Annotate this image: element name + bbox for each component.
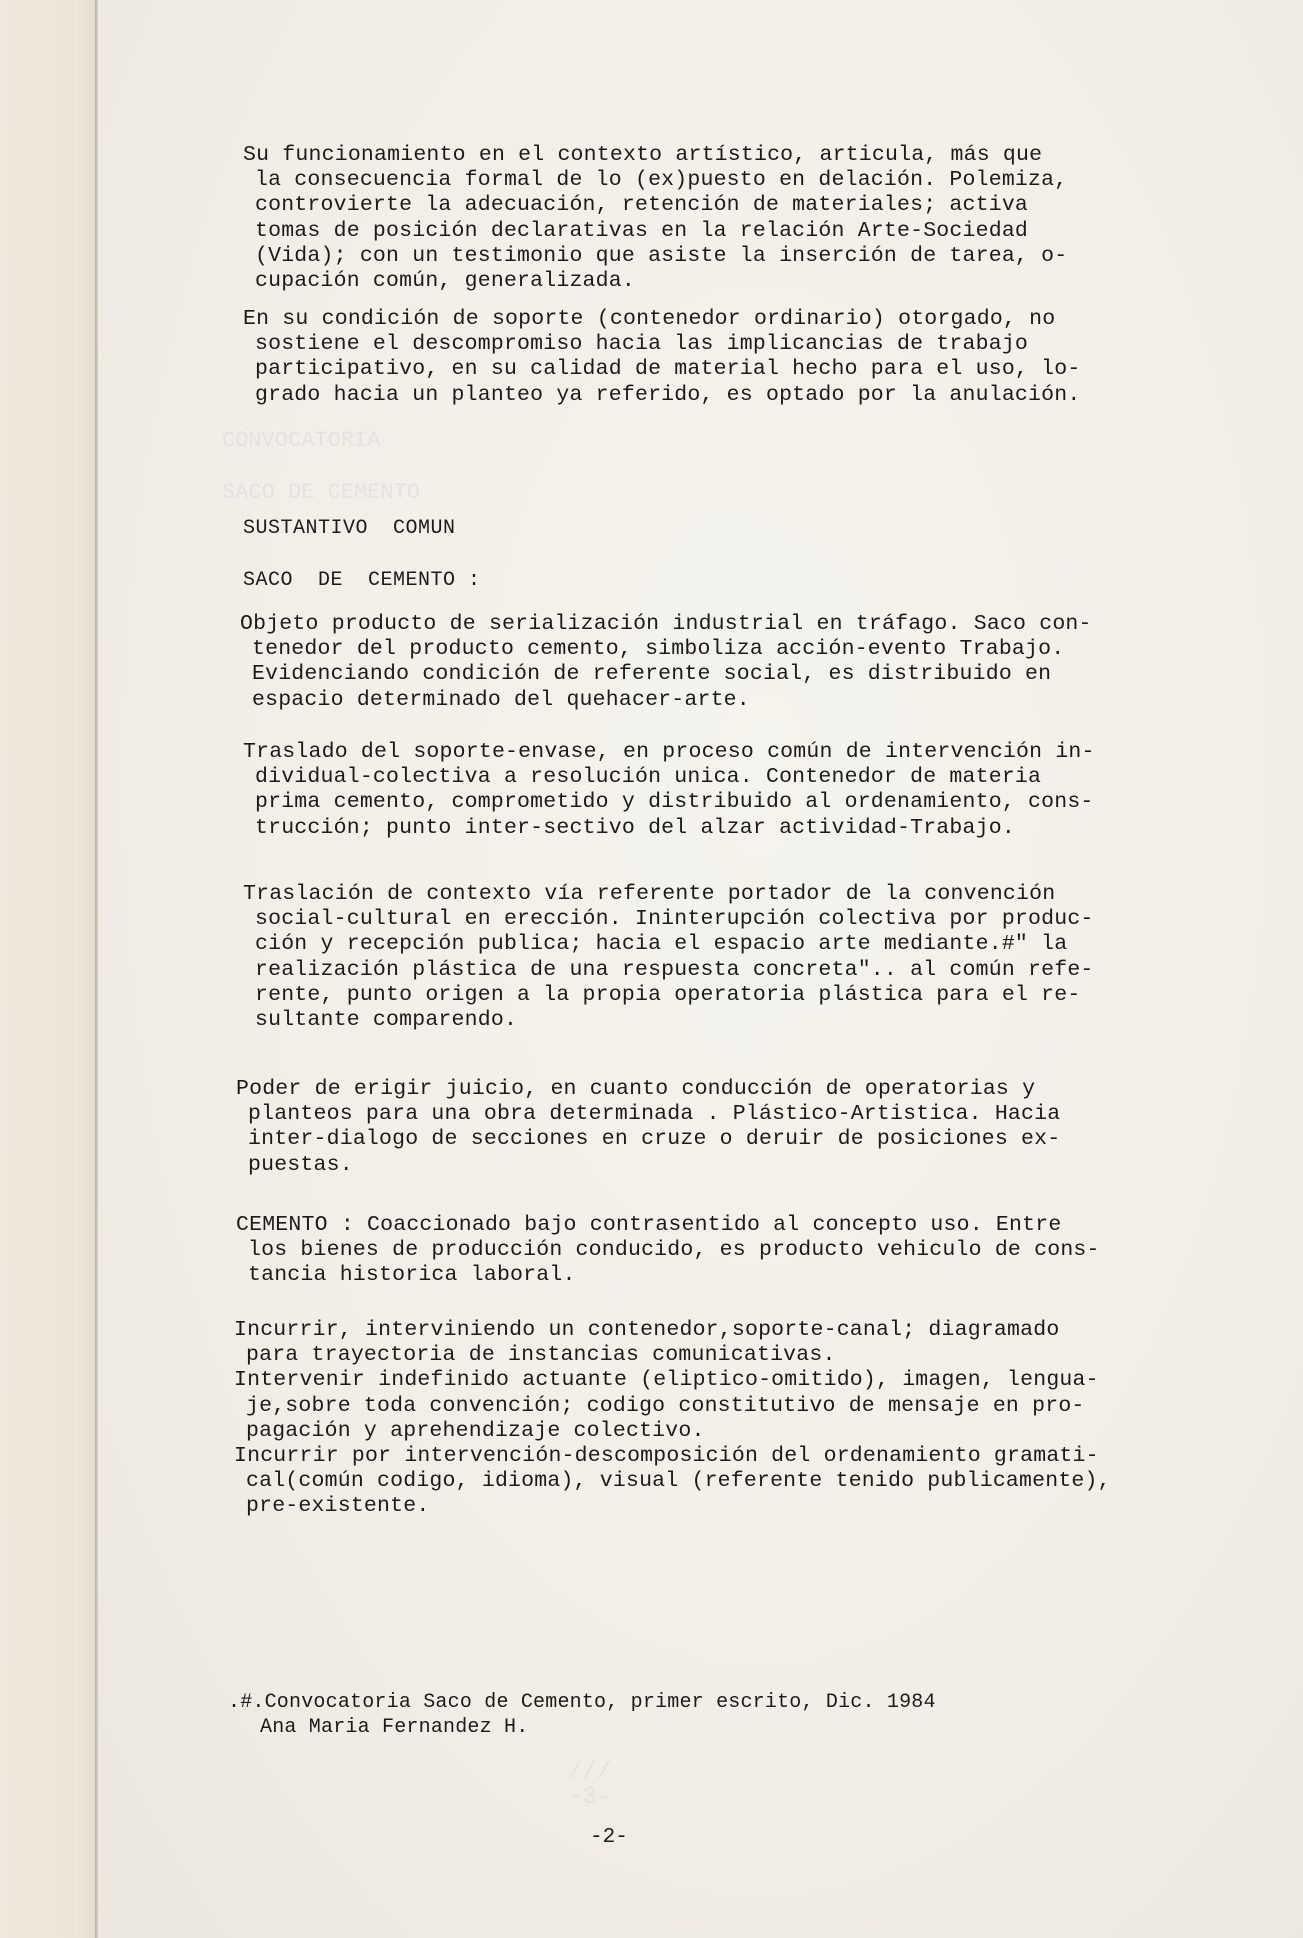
page-number: -2- xyxy=(590,1826,628,1849)
paragraph-3: Objeto producto de serialización industr… xyxy=(240,612,1240,713)
text-line: controvierte la adecuación, retención de… xyxy=(243,193,1243,218)
text-line: pre-existente. xyxy=(234,1494,1234,1519)
heading-saco-de-cemento: SACO DE CEMENTO : xyxy=(243,568,1243,593)
text-line: pagación y aprehendizaje colectivo. xyxy=(234,1419,1234,1444)
text-line: espacio determinado del quehacer-arte. xyxy=(240,688,1240,713)
text-line: los bienes de producción conducido, es p… xyxy=(236,1238,1236,1263)
paragraph-2: En su condición de soporte (contenedor o… xyxy=(243,307,1243,408)
text-line: Evidenciando condición de referente soci… xyxy=(240,662,1240,687)
text-line: rente, punto origen a la propia operator… xyxy=(243,983,1243,1008)
section-heading: SUSTANTIVO COMUN xyxy=(243,516,1243,541)
footnote-citation: .#.Convocatoria Saco de Cemento, primer … xyxy=(228,1690,1228,1715)
text-line: ción y recepción publica; hacia el espac… xyxy=(243,932,1243,957)
text-line: sultante comparendo. xyxy=(243,1008,1243,1033)
footnote: .#.Convocatoria Saco de Cemento, primer … xyxy=(228,1690,1228,1740)
text-line: Intervenir indefinido actuante (eliptico… xyxy=(234,1368,1234,1393)
text-line: prima cemento, comprometido y distribuid… xyxy=(243,790,1243,815)
text-line: grado hacia un planteo ya referido, es o… xyxy=(243,383,1243,408)
paragraph-5: Traslación de contexto vía referente por… xyxy=(243,882,1243,1033)
text-line: En su condición de soporte (contenedor o… xyxy=(243,307,1243,332)
text-line: planteos para una obra determinada . Plá… xyxy=(236,1102,1236,1127)
text-line: social-cultural en erección. Ininterupci… xyxy=(243,907,1243,932)
text-line: cal(común codigo, idioma), visual (refer… xyxy=(234,1469,1234,1494)
text-line: Objeto producto de serialización industr… xyxy=(240,612,1240,637)
text-line: (Vida); con un testimonio que asiste la … xyxy=(243,244,1243,269)
text-line: Traslado del soporte-envase, en proceso … xyxy=(243,740,1243,765)
text-line: je,sobre toda convención; codigo constit… xyxy=(234,1394,1234,1419)
heading-sustantivo-comun: SUSTANTIVO COMUN xyxy=(243,516,1243,541)
paragraph-6: Poder de erigir juicio, en cuanto conduc… xyxy=(236,1077,1236,1178)
text-line: Incurrir por intervención-descomposición… xyxy=(234,1444,1234,1469)
paragraph-7: CEMENTO : Coaccionado bajo contrasentido… xyxy=(236,1213,1236,1289)
text-line: participativo, en su calidad de material… xyxy=(243,357,1243,382)
text-line: tenedor del producto cemento, simboliza … xyxy=(240,637,1240,662)
text-line: sostiene el descompromiso hacia las impl… xyxy=(243,332,1243,357)
text-line: inter-dialogo de secciones en cruze o de… xyxy=(236,1127,1236,1152)
text-line: CEMENTO : Coaccionado bajo contrasentido… xyxy=(236,1213,1236,1238)
text-line: trucción; punto inter-sectivo del alzar … xyxy=(243,816,1243,841)
text-line: cupación común, generalizada. xyxy=(243,269,1243,294)
text-line: Su funcionamiento en el contexto artísti… xyxy=(243,143,1243,168)
footnote-author: Ana Maria Fernandez H. xyxy=(228,1715,1228,1740)
sub-heading: SACO DE CEMENTO : xyxy=(243,568,1243,593)
text-line: Traslación de contexto vía referente por… xyxy=(243,882,1243,907)
text-line: tomas de posición declarativas en la rel… xyxy=(243,219,1243,244)
text-line: dividual-colectiva a resolución unica. C… xyxy=(243,765,1243,790)
text-line: puestas. xyxy=(236,1153,1236,1178)
text-line: realización plástica de una respuesta co… xyxy=(243,958,1243,983)
text-line: la consecuencia formal de lo (ex)puesto … xyxy=(243,168,1243,193)
text-line: para trayectoria de instancias comunicat… xyxy=(234,1343,1234,1368)
text-line: tancia historica laboral. xyxy=(236,1263,1236,1288)
paragraph-8: Incurrir, interviniendo un contenedor,so… xyxy=(234,1318,1234,1520)
paragraph-4: Traslado del soporte-envase, en proceso … xyxy=(243,740,1243,841)
text-line: Incurrir, interviniendo un contenedor,so… xyxy=(234,1318,1234,1343)
facing-page-edge xyxy=(0,0,96,1938)
paragraph-1: Su funcionamiento en el contexto artísti… xyxy=(243,143,1243,294)
text-line: Poder de erigir juicio, en cuanto conduc… xyxy=(236,1077,1236,1102)
